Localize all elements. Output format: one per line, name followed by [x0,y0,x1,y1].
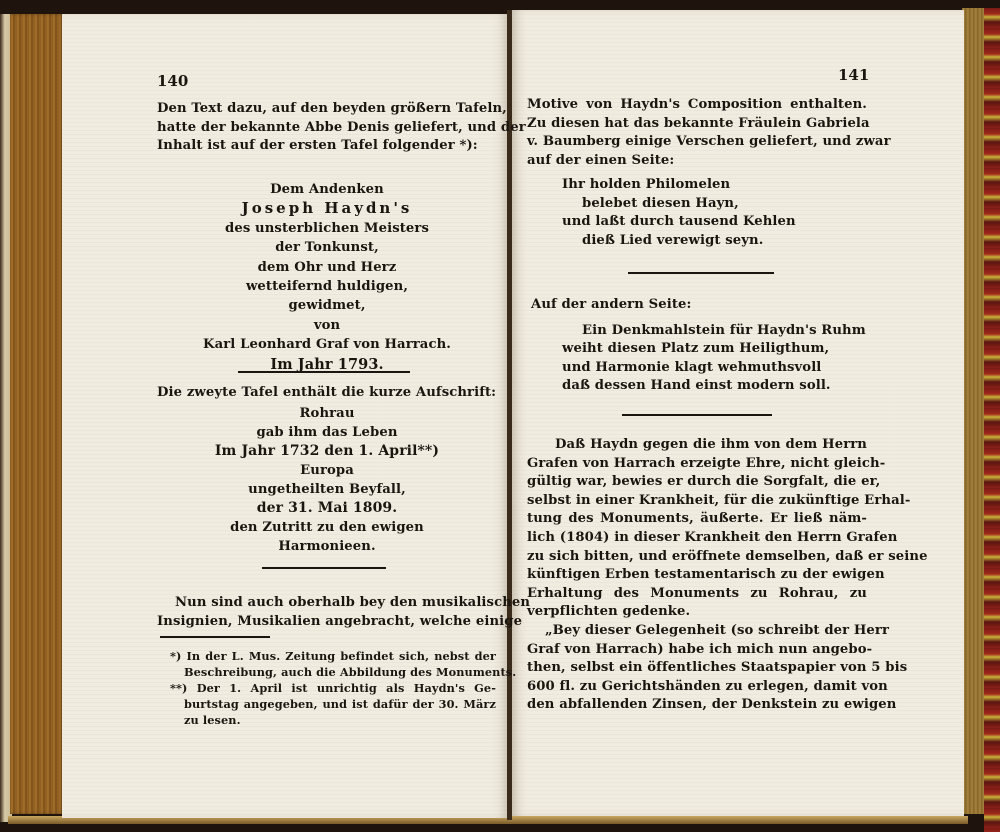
inscription-line: ungetheilten Beyfall, [157,480,497,499]
inscription-line: der Tonkunst, [157,238,497,257]
text-line: verpflichten gedenke. [527,603,867,622]
verse-line: Ein Denkmahlstein für Haydn's Ruhm [562,322,872,340]
right-intro-paragraph: Motive von Haydn's Composition enthalten… [527,96,867,170]
inscription-first-tablet: Dem Andenken Joseph Haydn's des unsterbl… [157,180,497,374]
footnote-line: zu lesen. [170,712,496,728]
inscription-line: Harmonieen. [157,537,497,556]
verse-first-side: Ihr holden Philomelen belebet diesen Hay… [562,176,852,250]
verse-second-side: Ein Denkmahlstein für Haydn's Ruhm weiht… [562,322,872,395]
divider-rule [262,567,386,569]
divider-rule [622,414,772,416]
text-line: Inhalt ist auf der ersten Tafel folgende… [157,137,497,156]
text-line: tung des Monuments, äußerte. Er ließ näm… [527,510,867,529]
text-line: lich (1804) in dieser Krankheit den Herr… [527,529,867,548]
text-line: auf der einen Seite: [527,152,867,171]
divider-rule [628,272,774,274]
page-stack-right [962,8,984,814]
text-line: 600 fl. zu Gerichtshänden zu erlegen, da… [527,678,867,697]
footnote-line: Beschreibung, auch die Abbildung des Mon… [170,664,496,680]
other-side-label: Auf der andern Seite: [531,296,831,315]
inscription-second-tablet: Rohrau gab ihm das Leben Im Jahr 1732 de… [157,404,497,556]
verse-line: belebet diesen Hayn, [562,195,852,214]
verse-line: weiht diesen Platz zum Heiligthum, [562,340,872,358]
text-line: Zu diesen hat das bekannte Fräulein Gabr… [527,115,867,134]
text-line: hatte der bekannte Abbe Denis geliefert,… [157,119,497,138]
inscription-line: der 31. Mai 1809. [157,499,497,518]
inscription-line: gab ihm das Leben [157,423,497,442]
text-line: Grafen von Harrach erzeigte Ehre, nicht … [527,455,867,474]
inscription-line: dem Ohr und Herz [157,258,497,277]
inscription-line: des unsterblichen Meisters [157,219,497,238]
text-line: künftigen Erben testamentarisch zu der e… [527,566,867,585]
page-number-right: 141 [838,66,869,84]
page-number-left: 140 [157,72,188,90]
right-body-paragraph: Daß Haydn gegen die ihm von dem Herrn Gr… [527,436,867,622]
inscription-line: wetteifernd huldigen, [157,277,497,296]
text-line: Den Text dazu, auf den beyden größern Ta… [157,100,497,119]
text-line: zu sich bitten, und eröffnete demselben,… [527,548,867,567]
text-line: gültig war, bewies er durch die Sorgfalt… [527,473,867,492]
footnote-line: burtstag angegeben, und ist dafür der 30… [170,696,496,712]
text-line: Insignien, Musikalien angebracht, welche… [157,613,497,632]
inscription-line: den Zutritt zu den ewigen [157,518,497,537]
inscription-line: Karl Leonhard Graf von Harrach. [157,335,497,354]
text-line: Graf von Harrach) habe ich mich nun ange… [527,641,867,660]
text-line: v. Baumberg einige Verschen geliefert, u… [527,133,867,152]
left-closing-paragraph: Nun sind auch oberhalb bey den musikalis… [157,594,497,631]
text-line: „Bey dieser Gelegenheit (so schreibt der… [527,622,867,641]
verse-line: und laßt durch tausend Kehlen [562,213,852,232]
verse-line: und Harmonie klagt wehmuthsvoll [562,359,872,377]
verse-line: dieß Lied verewigt seyn. [562,232,852,251]
footnote-line: *) In der L. Mus. Zeitung befindet sich,… [170,648,496,664]
verse-line: daß dessen Hand einst modern soll. [562,377,872,395]
left-intro-paragraph: Den Text dazu, auf den beyden größern Ta… [157,100,497,156]
text-line: Motive von Haydn's Composition enthalten… [527,96,867,115]
text-line: Nun sind auch oberhalb bey den musikalis… [157,594,497,613]
inscription-line: von [157,316,497,335]
divider-rule [238,371,410,373]
text-line: then, selbst ein öffentliches Staatspapi… [527,659,867,678]
inscription-line: Rohrau [157,404,497,423]
inscription-line: Im Jahr 1732 den 1. April**) [157,442,497,461]
text-line: selbst in einer Krankheit, für die zukün… [527,492,867,511]
marbled-cover-right [984,8,1000,832]
inscription-line: gewidmet, [157,296,497,315]
page-stack-left [10,14,64,814]
inscription-line: Dem Andenken [157,180,497,199]
left-footnotes: *) In der L. Mus. Zeitung befindet sich,… [170,648,496,728]
inscription-line-name: Joseph Haydn's [157,199,497,218]
inscription-line: Europa [157,461,497,480]
verse-line: Ihr holden Philomelen [562,176,852,195]
footnote-line: **) Der 1. April ist unrichtig als Haydn… [170,680,496,696]
second-tablet-intro: Die zweyte Tafel enthält die kurze Aufsc… [157,384,497,403]
footnote-rule [160,636,270,638]
text-line: Erhaltung des Monuments zu Rohrau, zu [527,585,867,604]
right-quote-paragraph: „Bey dieser Gelegenheit (so schreibt der… [527,622,867,715]
text-line: den abfallenden Zinsen, der Denkstein zu… [527,696,867,715]
open-book: 140 Den Text dazu, auf den beyden größer… [0,0,1000,832]
text-line: Daß Haydn gegen die ihm von dem Herrn [527,436,867,455]
